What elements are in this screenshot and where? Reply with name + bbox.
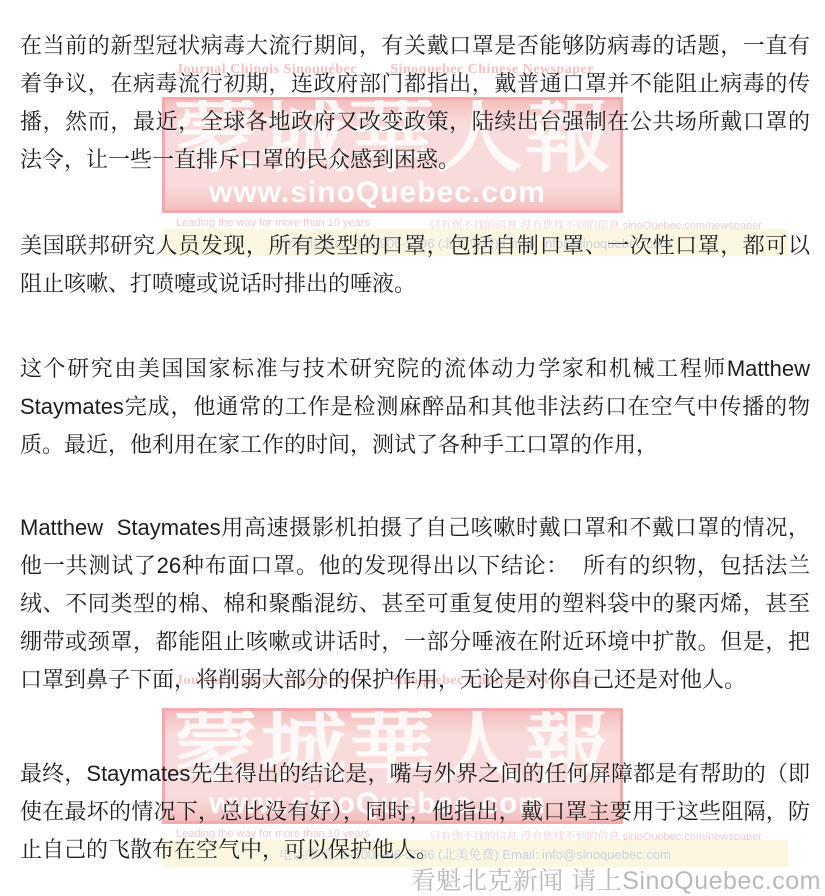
- article-page: Journal Chinois Sinoquébec Sinoquebec Ch…: [0, 0, 825, 896]
- article-paragraph-5: 最终，Staymates先生得出的结论是，嘴与外界之间的任何屏障都是有帮助的（即…: [20, 755, 810, 869]
- article-paragraph-2: 美国联邦研究人员发现，所有类型的口罩，包括自制口罩、一次性口罩，都可以阻止咳嗽、…: [20, 227, 810, 303]
- article-paragraph-1: 在当前的新型冠状病毒大流行期间，有关戴口罩是否能够防病毒的话题，一直有着争议，在…: [20, 27, 810, 179]
- watermark-site-url: www.sinoQuebec.com: [209, 176, 546, 210]
- site-footer-caption: 看魁北克新闻 请上SinoQuebec.com: [411, 861, 821, 896]
- article-paragraph-3: 这个研究由美国国家标准与技术研究院的流体动力学家和机械工程师Matthew St…: [20, 350, 810, 464]
- article-paragraph-4: Matthew Staymates用高速摄影机拍摄了自己咳嗽时戴口罩和不戴口罩的…: [20, 509, 810, 699]
